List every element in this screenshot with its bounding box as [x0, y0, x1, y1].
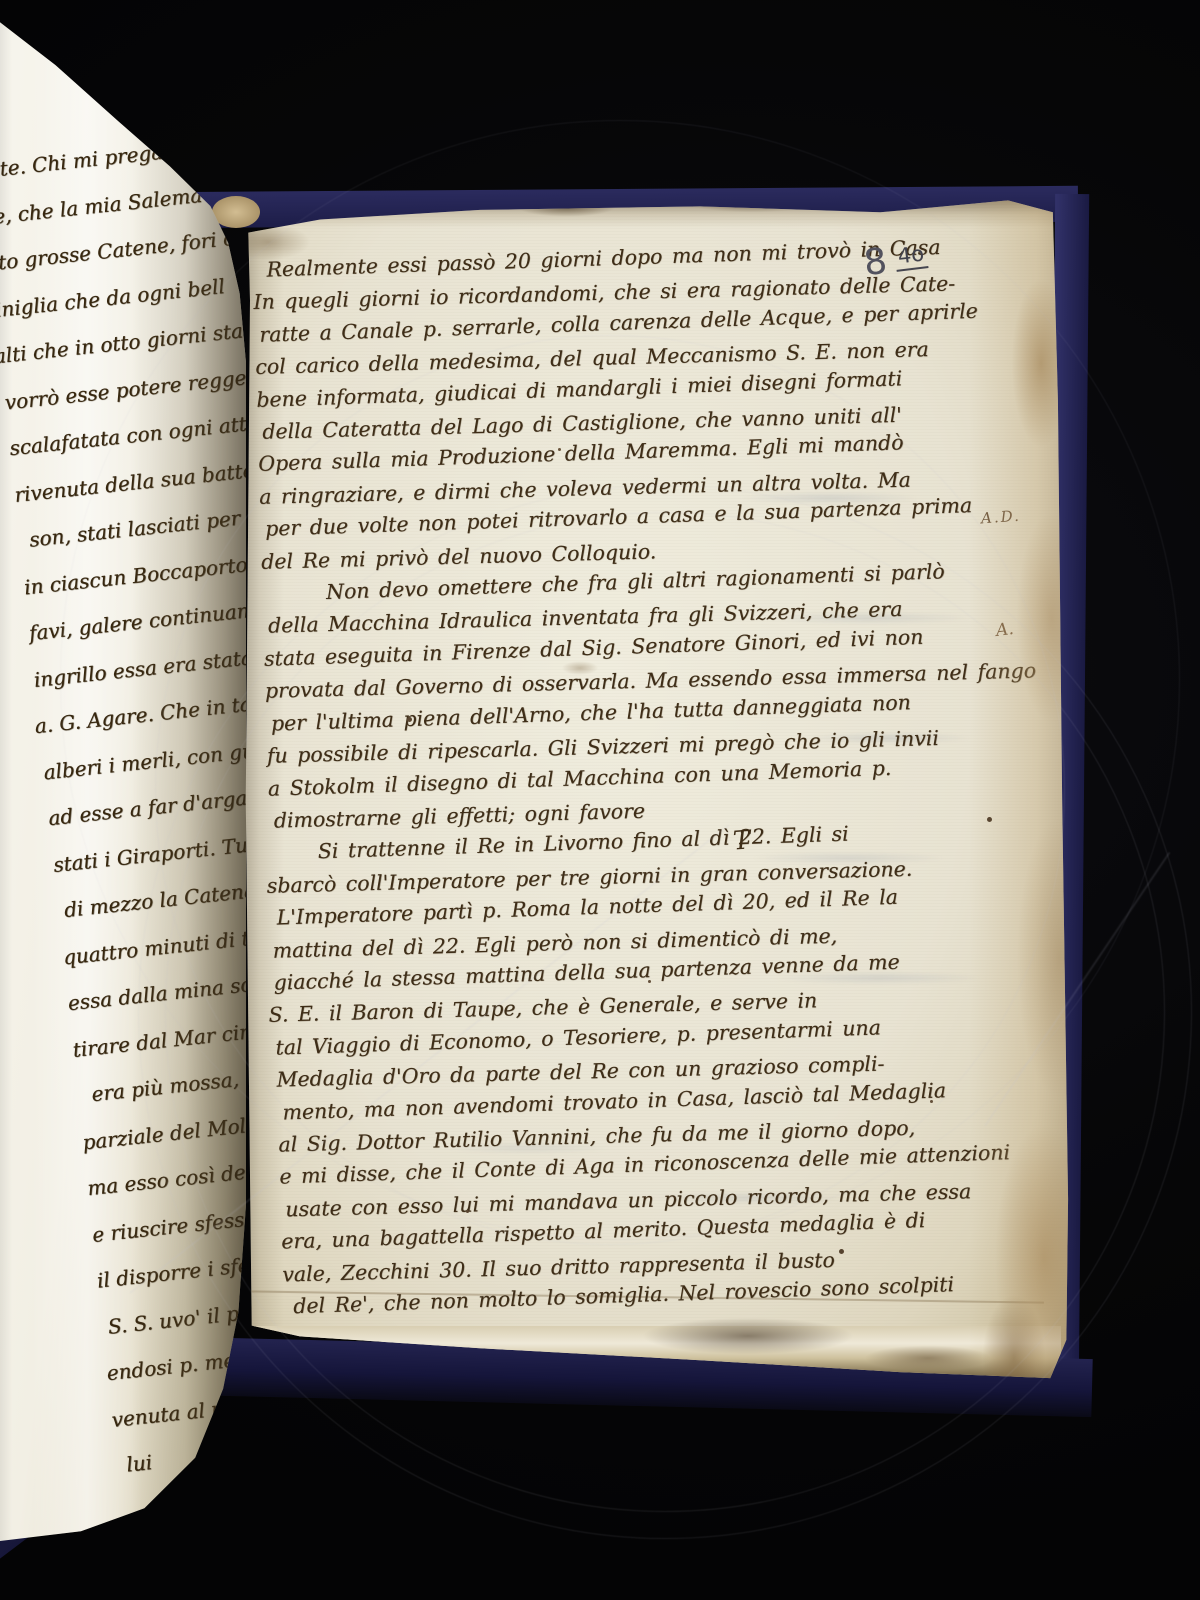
left-page-curve-shadow [0, 10, 246, 1542]
left-page: fate. Chi mi prega di ritrove, che la mi… [0, 10, 246, 1542]
manuscript-photo: fate. Chi mi prega di ritrove, che la mi… [0, 0, 1200, 1600]
paper-stains [228, 198, 1074, 1390]
right-page: Realmente essi passò 20 giorni dopo ma n… [228, 198, 1074, 1390]
page-corner-in-gutter [212, 196, 260, 228]
